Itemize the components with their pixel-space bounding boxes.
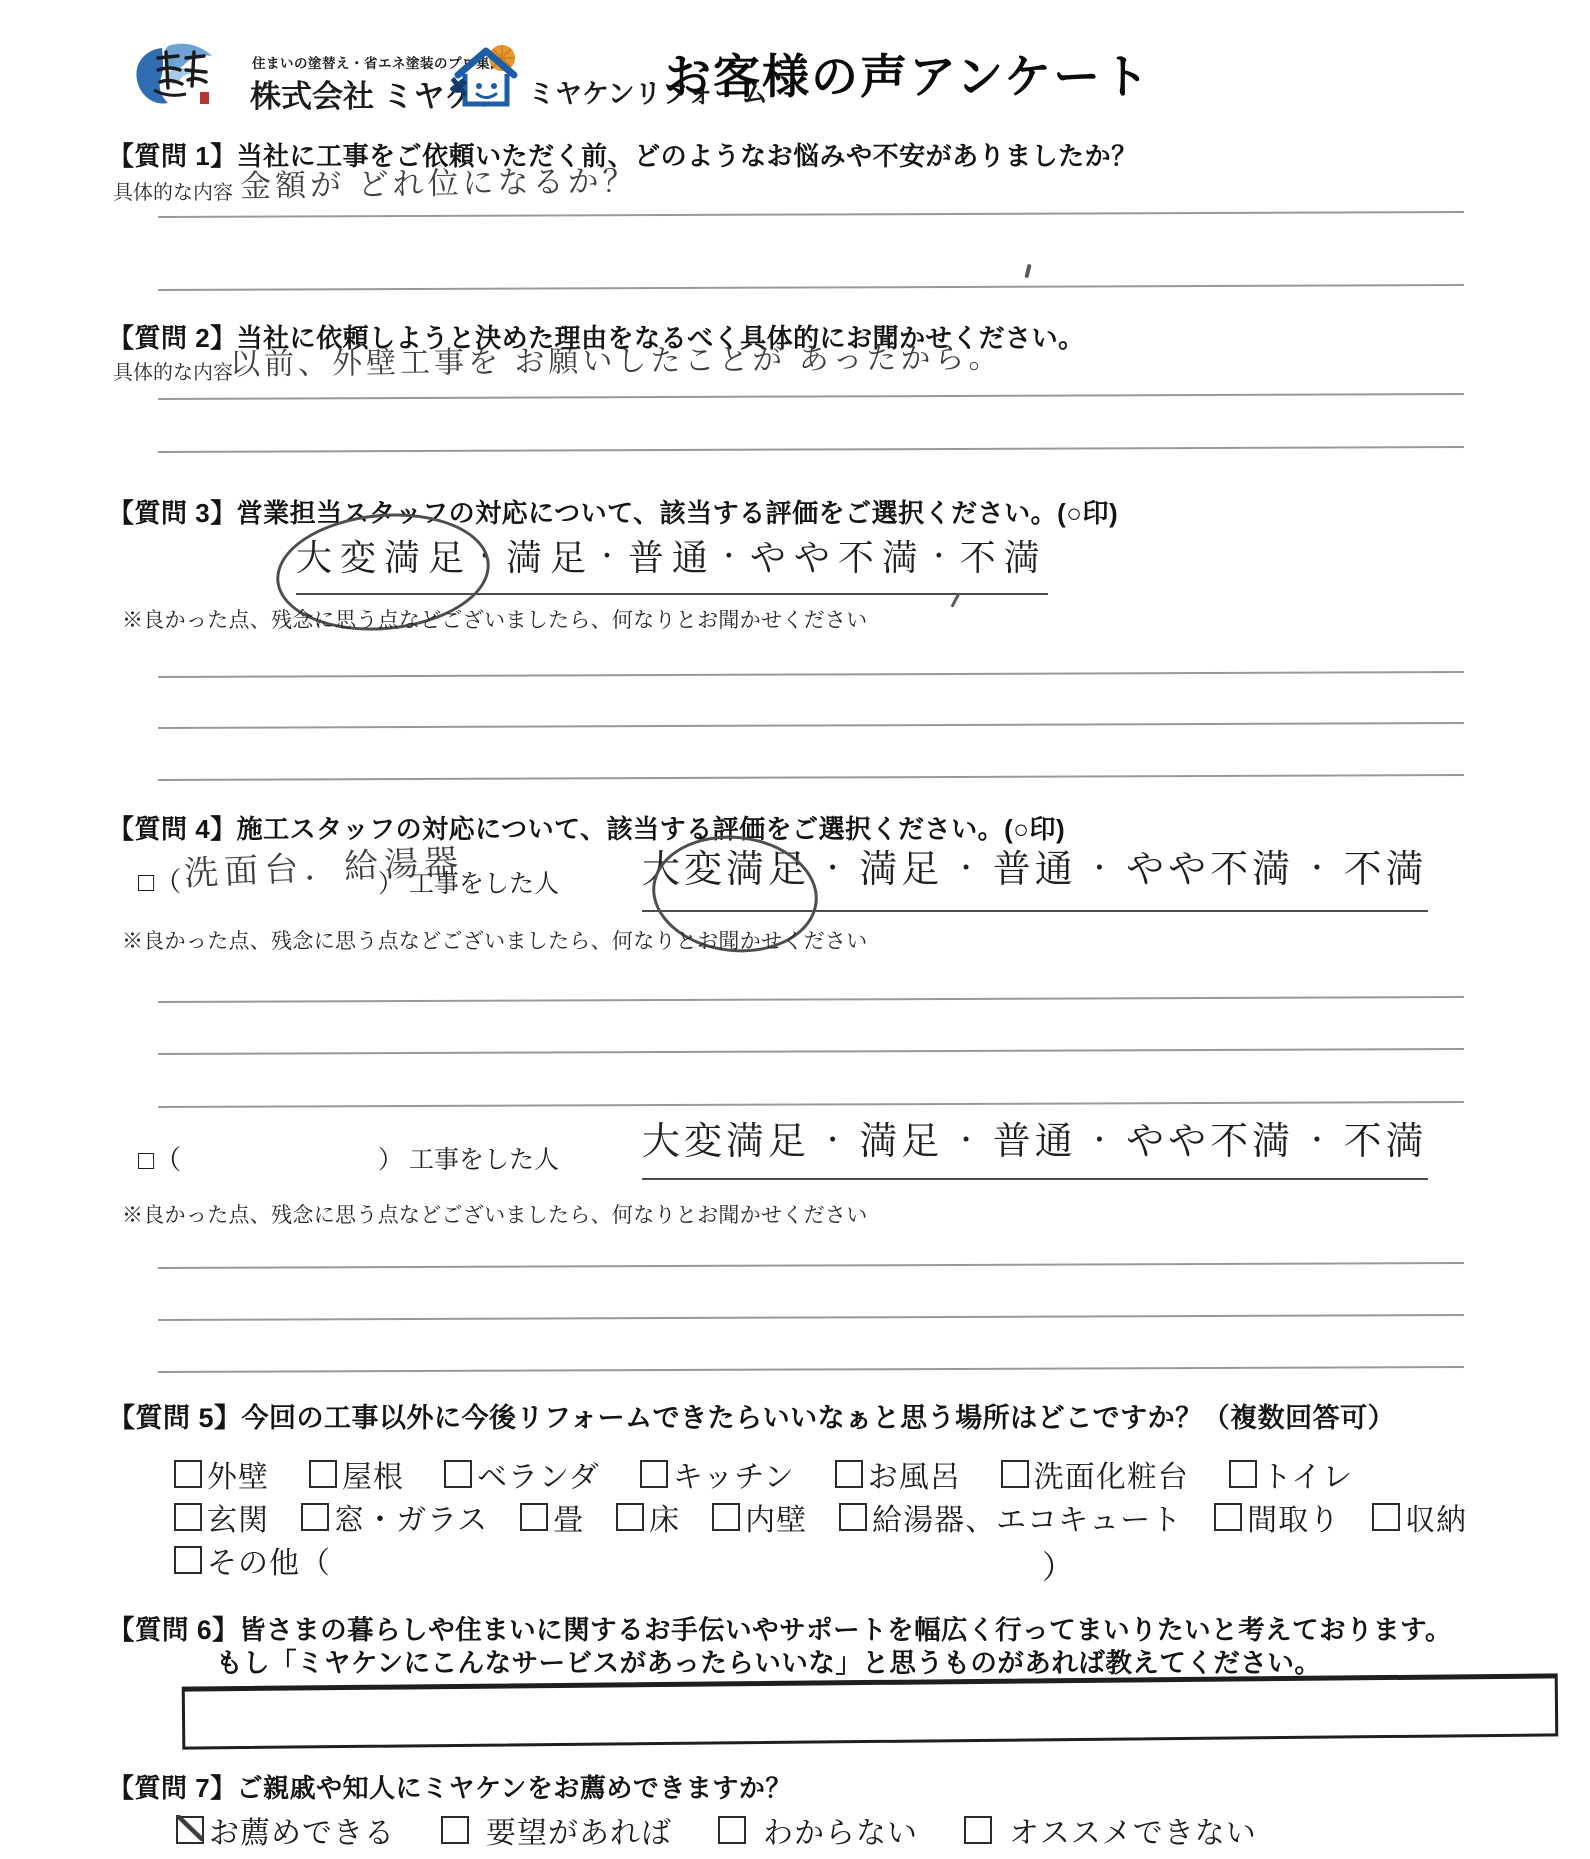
checkbox-icon <box>309 1460 337 1488</box>
q5-option-bath[interactable]: お風呂 <box>835 1452 961 1496</box>
checkbox-label: 畳 <box>553 1495 584 1539</box>
checkbox-label: 間取り <box>1247 1495 1340 1539</box>
checkbox-label: 内壁 <box>745 1495 807 1539</box>
q5-option-window-glass[interactable]: 窓・ガラス <box>301 1495 488 1539</box>
checkbox-icon <box>640 1460 668 1488</box>
checkbox-label: 窓・ガラス <box>334 1495 488 1539</box>
answer-line[interactable] <box>158 393 1464 400</box>
checkbox-label: 屋根 <box>342 1452 404 1496</box>
rating-option-yaya-fuman[interactable]: やや不満 <box>750 537 926 578</box>
q4-row1-checkbox-paren[interactable]: □（ <box>138 860 181 899</box>
q4-row2-checkbox-paren[interactable]: □（ <box>138 1138 181 1177</box>
q5-option-tatami[interactable]: 畳 <box>520 1495 584 1539</box>
rating-option-futsuu[interactable]: 普通 <box>993 849 1077 891</box>
miyaken-reform-house-logo-icon <box>448 42 524 112</box>
answer-line[interactable] <box>158 1314 1464 1321</box>
q5-option-floor-plan[interactable]: 間取り <box>1214 1495 1340 1539</box>
q7-option-unsure[interactable]: わからない <box>718 1808 918 1852</box>
checkbox-icon <box>520 1503 548 1531</box>
checkbox-label: その他（ <box>207 1538 331 1582</box>
q4-row2-close-label: ）工事をした人 <box>378 1140 559 1176</box>
q5-option-storage[interactable]: 収納 <box>1372 1495 1467 1539</box>
stray-pen-mark <box>1024 264 1031 279</box>
q5-options-row3: その他（ <box>174 1538 331 1582</box>
checkbox-label: わからない <box>763 1808 918 1852</box>
checkbox-icon <box>835 1460 863 1488</box>
q5-option-vanity[interactable]: 洗面化粧台 <box>1001 1452 1189 1496</box>
q5-other-close-paren: ） <box>1042 1542 1074 1588</box>
rating-option-fuman[interactable]: 不満 <box>1344 849 1428 891</box>
q5-option-kitchen[interactable]: キッチン <box>640 1452 795 1496</box>
checkbox-icon <box>1001 1460 1029 1488</box>
rating-option-daihen-manzoku[interactable]: 大変満足 <box>642 1121 810 1163</box>
checkbox-icon <box>712 1503 740 1531</box>
checkbox-icon <box>839 1503 867 1531</box>
rating-separator: ・ <box>952 852 983 883</box>
checkbox-label: ベランダ <box>477 1452 600 1496</box>
rating-option-manzoku[interactable]: 満足 <box>859 1121 943 1163</box>
worker-label: 工事をした人 <box>409 870 559 898</box>
q7-option-recommend[interactable]: お薦めできる <box>176 1808 395 1852</box>
q1-detail-label: 具体的な内容 <box>113 176 233 205</box>
worker-label: 工事をした人 <box>409 1146 559 1174</box>
answer-line[interactable] <box>158 1048 1464 1055</box>
rating-separator: ・ <box>1303 852 1334 883</box>
q5-heading: 【質問 5】今回の工事以外に今後リフォームできたらいいなぁと思う場所はどこですか… <box>108 1396 1395 1435</box>
rating-option-futsuu[interactable]: 普通 <box>628 537 716 578</box>
checkbox-label: 外壁 <box>207 1452 269 1496</box>
q2-detail-label: 具体的な内容 <box>113 356 233 385</box>
checkbox-label: 給湯器、エコキュート <box>872 1495 1182 1539</box>
q5-option-exterior-wall[interactable]: 外壁 <box>174 1452 269 1496</box>
checkbox-icon <box>444 1460 472 1488</box>
checkbox-label: お薦めできる <box>209 1808 395 1852</box>
q5-option-interior-wall[interactable]: 内壁 <box>712 1495 807 1539</box>
q5-options-row2: 玄関 窓・ガラス 畳 床 内壁 給湯器、エコキュート 間取り 収納 <box>174 1495 1467 1539</box>
rating-separator: ・ <box>1086 852 1117 883</box>
rating-separator: ・ <box>594 543 628 571</box>
rating-option-fuman[interactable]: 不満 <box>960 537 1048 578</box>
rating-separator: ・ <box>952 1124 983 1155</box>
answer-line[interactable] <box>158 1366 1464 1373</box>
checkbox-label: 玄関 <box>207 1495 269 1539</box>
checkbox-label: お風呂 <box>868 1452 961 1496</box>
answer-line[interactable] <box>158 284 1464 291</box>
checkbox-icon <box>964 1816 992 1844</box>
q7-heading: 【質問 7】ご親戚や知人にミヤケンをお薦めできますか？ <box>108 1768 792 1805</box>
checkbox-icon <box>301 1503 329 1531</box>
checkbox-icon <box>1372 1503 1400 1531</box>
checkbox-label: 洗面化粧台 <box>1034 1452 1189 1496</box>
q4-heading: 【質問 4】施工スタッフの対応について、該当する評価をご選択ください。(○印) <box>108 809 1065 846</box>
rating-separator: ・ <box>926 543 960 571</box>
rating-separator: ・ <box>716 543 750 571</box>
checkbox-icon <box>616 1503 644 1531</box>
checkbox-label: トイレ <box>1262 1452 1354 1496</box>
q4-row1-close-label: ）工事をした人 <box>378 864 559 900</box>
q7-options-row: お薦めできる 要望があれば わからない オススメできない <box>176 1808 1257 1852</box>
q4-row2-feedback-note: ※良かった点、残念に思う点などございましたら、何なりとお聞かせください <box>122 1199 868 1229</box>
q2-handwritten-answer: 以前、外壁工事を お願いしたことが あったから。 <box>230 333 1003 384</box>
checkbox-icon <box>174 1460 202 1488</box>
checkbox-icon <box>1214 1503 1242 1531</box>
checkbox-label: 床 <box>649 1495 680 1539</box>
answer-line[interactable] <box>158 446 1464 453</box>
close-paren: ） <box>378 870 403 898</box>
rating-option-fuman[interactable]: 不満 <box>1344 1121 1428 1163</box>
rating-separator: ・ <box>819 1124 850 1155</box>
q3-feedback-note: ※良かった点、残念に思う点などございましたら、何なりとお聞かせください <box>122 604 868 634</box>
q5-options-row1: 外壁 屋根 ベランダ キッチン お風呂 洗面化粧台 トイレ <box>174 1452 1353 1496</box>
q5-option-veranda[interactable]: ベランダ <box>444 1452 600 1496</box>
checkbox-icon <box>441 1816 469 1844</box>
checkbox-icon <box>718 1816 746 1844</box>
rating-option-yaya-fuman[interactable]: やや不満 <box>1126 849 1294 891</box>
rating-option-manzoku[interactable]: 満足 <box>506 537 594 578</box>
answer-line[interactable] <box>158 671 1464 678</box>
page-title: お客様の声アンケート <box>664 40 1151 107</box>
miyaken-painter-logo-icon <box>128 40 234 116</box>
answer-line[interactable] <box>158 774 1464 781</box>
q3-heading: 【質問 3】営業担当スタッフの対応について、該当する評価をご選択ください。(○印… <box>108 493 1118 530</box>
checkbox-icon <box>1229 1460 1257 1488</box>
rating-option-yaya-fuman[interactable]: やや不満 <box>1126 1121 1294 1163</box>
q1-handwritten-answer: 金額が どれ位になるか？ <box>240 155 638 206</box>
checkbox-label: オススメできない <box>1009 1808 1257 1852</box>
q5-option-roof[interactable]: 屋根 <box>309 1452 404 1496</box>
answer-line[interactable] <box>158 722 1464 729</box>
q5-option-toilet[interactable]: トイレ <box>1229 1452 1354 1496</box>
checkbox-label: 収納 <box>1405 1495 1467 1539</box>
rating-option-manzoku[interactable]: 満足 <box>859 849 943 891</box>
q5-option-floor[interactable]: 床 <box>616 1495 680 1539</box>
q4-row2-rating-scale: 大変満足・満足・普通・やや不満・不満 <box>642 1120 1428 1180</box>
q4-row1-feedback-note: ※良かった点、残念に思う点などございましたら、何なりとお聞かせください <box>122 925 868 955</box>
survey-document: 住まいの塗替え・省エネ塗装のプロ集団 株式会社 ミヤケン ミヤケンリフォーム お… <box>0 0 1590 1859</box>
checkbox-label: 要望があれば <box>486 1808 672 1852</box>
checkbox-icon <box>174 1503 202 1531</box>
answer-line[interactable] <box>158 211 1464 218</box>
rating-separator: ・ <box>1303 1124 1334 1155</box>
checkbox-label: キッチン <box>673 1452 795 1496</box>
q5-option-entrance[interactable]: 玄関 <box>174 1495 269 1539</box>
answer-line[interactable] <box>158 996 1464 1003</box>
answer-line[interactable] <box>158 1101 1464 1108</box>
q5-option-water-heater[interactable]: 給湯器、エコキュート <box>839 1495 1182 1539</box>
checkbox-icon <box>174 1546 202 1574</box>
q5-option-other[interactable]: その他（ <box>174 1538 331 1582</box>
rating-option-futsuu[interactable]: 普通 <box>993 1121 1077 1163</box>
close-paren: ） <box>378 1146 403 1174</box>
q7-option-if-requested[interactable]: 要望があれば <box>441 1808 672 1852</box>
q6-answer-box[interactable] <box>182 1673 1559 1749</box>
answer-line[interactable] <box>158 1262 1464 1269</box>
rating-separator: ・ <box>819 852 850 883</box>
q7-option-not-recommend[interactable]: オススメできない <box>964 1808 1257 1852</box>
q6-heading-line2: もし「ミヤケンにこんなサービスがあったらいいな」と思うものがあれば教えてください… <box>216 1641 1321 1680</box>
rating-separator: ・ <box>1086 1124 1117 1155</box>
checked-checkbox-icon <box>176 1816 204 1844</box>
